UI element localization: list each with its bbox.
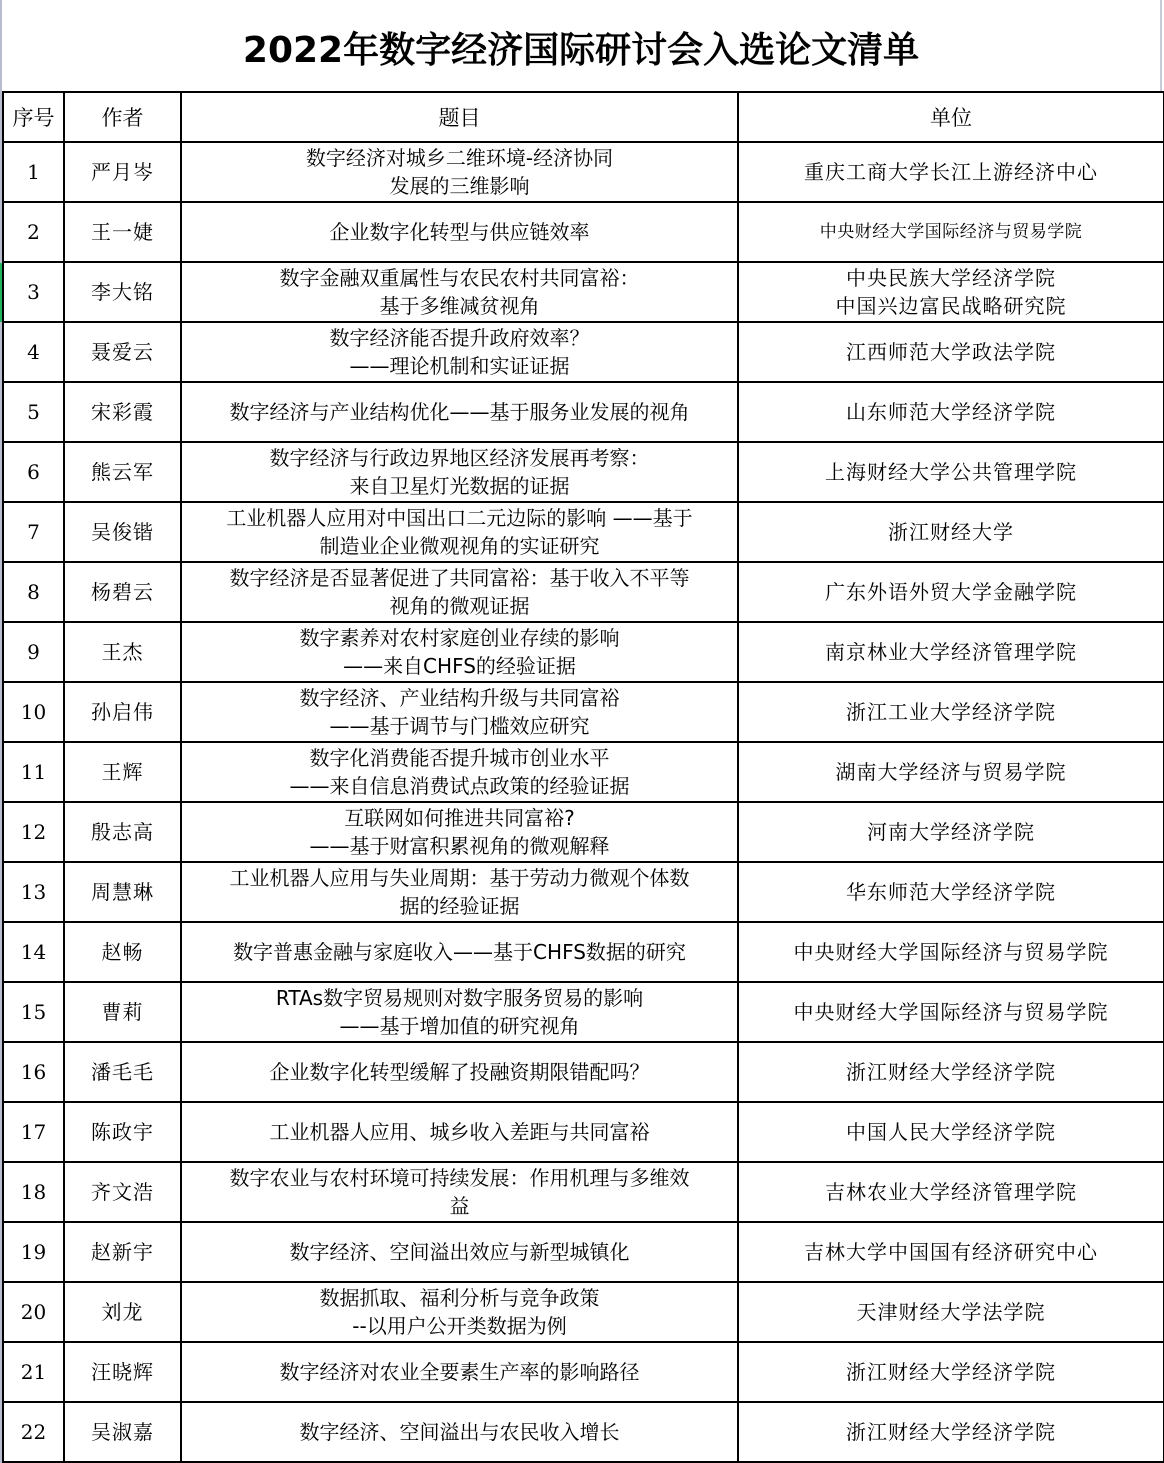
cell-unit: 中国人民大学经济学院 [738,1102,1164,1162]
cell-unit: 山东师范大学经济学院 [738,382,1164,442]
cell-title: 互联网如何推进共同富裕?——基于财富积累视角的微观解释 [181,802,738,862]
unit-line: 上海财经大学公共管理学院 [743,458,1159,486]
title-line: 数字经济与行政边界地区经济发展再考察： [186,444,733,472]
unit-line: 浙江财经大学经济学院 [743,1358,1159,1386]
title-line: ——来自信息消费试点政策的经验证据 [186,772,733,800]
title-line: 数字经济、产业结构升级与共同富裕 [186,684,733,712]
cell-no: 14 [3,922,64,982]
cell-no: 4 [3,322,64,382]
cell-author: 齐文浩 [64,1162,181,1222]
unit-line: 中央财经大学国际经济与贸易学院 [743,998,1159,1026]
table-row: 11王辉数字化消费能否提升城市创业水平——来自信息消费试点政策的经验证据湖南大学… [3,742,1164,802]
cell-author: 熊云军 [64,442,181,502]
cell-no: 21 [3,1342,64,1402]
cell-title: 数字经济对城乡二维环境-经济协同发展的三维影响 [181,142,738,202]
title-line: 企业数字化转型缓解了投融资期限错配吗？ [186,1058,733,1086]
cell-author: 王一婕 [64,202,181,262]
table-row: 13周慧琳工业机器人应用与失业周期：基于劳动力微观个体数据的经验证据华东师范大学… [3,862,1164,922]
title-line: 工业机器人应用与失业周期：基于劳动力微观个体数 [186,864,733,892]
unit-line: 广东外语外贸大学金融学院 [743,578,1159,606]
header-unit: 单位 [738,92,1164,142]
cell-author: 赵畅 [64,922,181,982]
title-line: 互联网如何推进共同富裕? [186,804,733,832]
header-author: 作者 [64,92,181,142]
title-line: RTAs数字贸易规则对数字服务贸易的影响 [186,984,733,1012]
cell-unit: 广东外语外贸大学金融学院 [738,562,1164,622]
table-row: 17陈政宇工业机器人应用、城乡收入差距与共同富裕中国人民大学经济学院 [3,1102,1164,1162]
table-body: 1严月岑数字经济对城乡二维环境-经济协同发展的三维影响重庆工商大学长江上游经济中… [3,142,1164,1462]
cell-unit: 浙江财经大学经济学院 [738,1042,1164,1102]
cell-title: RTAs数字贸易规则对数字服务贸易的影响——基于增加值的研究视角 [181,982,738,1042]
cell-unit: 浙江财经大学经济学院 [738,1342,1164,1402]
table-row: 7吴俊锴工业机器人应用对中国出口二元边际的影响 ——基于制造业企业微观视角的实证… [3,502,1164,562]
title-line: ——基于增加值的研究视角 [186,1012,733,1040]
cell-no: 16 [3,1042,64,1102]
cell-author: 杨碧云 [64,562,181,622]
cell-author: 周慧琳 [64,862,181,922]
cell-unit: 湖南大学经济与贸易学院 [738,742,1164,802]
cell-title: 工业机器人应用与失业周期：基于劳动力微观个体数据的经验证据 [181,862,738,922]
cell-author: 李大铭 [64,262,181,322]
cell-unit: 中央民族大学经济学院中国兴边富民战略研究院 [738,262,1164,322]
cell-author: 汪晓辉 [64,1342,181,1402]
unit-line: 中央财经大学国际经济与贸易学院 [743,938,1159,966]
table-row: 12殷志高互联网如何推进共同富裕?——基于财富积累视角的微观解释河南大学经济学院 [3,802,1164,862]
cell-unit: 重庆工商大学长江上游经济中心 [738,142,1164,202]
table-row: 19赵新宇数字经济、空间溢出效应与新型城镇化吉林大学中国国有经济研究中心 [3,1222,1164,1282]
cell-title: 企业数字化转型缓解了投融资期限错配吗？ [181,1042,738,1102]
title-line: 数据抓取、福利分析与竞争政策 [186,1284,733,1312]
title-line: 数字经济是否显著促进了共同富裕：基于收入不平等 [186,564,733,592]
cell-no: 13 [3,862,64,922]
table-row: 8杨碧云数字经济是否显著促进了共同富裕：基于收入不平等视角的微观证据广东外语外贸… [3,562,1164,622]
title-line: ——理论机制和实证证据 [186,352,733,380]
table-row: 5宋彩霞数字经济与产业结构优化——基于服务业发展的视角山东师范大学经济学院 [3,382,1164,442]
unit-line: 天津财经大学法学院 [743,1298,1159,1326]
cell-author: 吴淑嘉 [64,1402,181,1462]
unit-line: 浙江财经大学经济学院 [743,1058,1159,1086]
title-line: 数字金融双重属性与农民农村共同富裕： [186,264,733,292]
cell-no: 12 [3,802,64,862]
table-row: 4聂爱云数字经济能否提升政府效率？——理论机制和实证证据江西师范大学政法学院 [3,322,1164,382]
cell-title: 企业数字化转型与供应链效率 [181,202,738,262]
unit-line: 吉林农业大学经济管理学院 [743,1178,1159,1206]
cell-no: 15 [3,982,64,1042]
cell-no: 5 [3,382,64,442]
unit-line: 南京林业大学经济管理学院 [743,638,1159,666]
title-line: 数字经济、空间溢出与农民收入增长 [186,1418,733,1446]
table-row: 9王杰数字素养对农村家庭创业存续的影响——来自CHFS的经验证据南京林业大学经济… [3,622,1164,682]
cell-unit: 天津财经大学法学院 [738,1282,1164,1342]
cell-title: 数字经济对农业全要素生产率的影响路径 [181,1342,738,1402]
title-line: 数字素养对农村家庭创业存续的影响 [186,624,733,652]
title-line: 工业机器人应用、城乡收入差距与共同富裕 [186,1118,733,1146]
cell-title: 数字经济、产业结构升级与共同富裕——基于调节与门槛效应研究 [181,682,738,742]
cell-title: 数据抓取、福利分析与竞争政策--以用户公开类数据为例 [181,1282,738,1342]
table-row: 15曹莉RTAs数字贸易规则对数字服务贸易的影响——基于增加值的研究视角中央财经… [3,982,1164,1042]
cell-no: 18 [3,1162,64,1222]
unit-line: 山东师范大学经济学院 [743,398,1159,426]
title-line: ——基于调节与门槛效应研究 [186,712,733,740]
title-line: 数字农业与农村环境可持续发展：作用机理与多维效 [186,1164,733,1192]
cell-unit: 吉林农业大学经济管理学院 [738,1162,1164,1222]
title-line: --以用户公开类数据为例 [186,1312,733,1340]
cell-title: 数字经济与行政边界地区经济发展再考察：来自卫星灯光数据的证据 [181,442,738,502]
title-line: 工业机器人应用对中国出口二元边际的影响 ——基于 [186,504,733,532]
cell-title: 数字经济是否显著促进了共同富裕：基于收入不平等视角的微观证据 [181,562,738,622]
cell-unit: 中央财经大学国际经济与贸易学院 [738,922,1164,982]
cell-title: 工业机器人应用对中国出口二元边际的影响 ——基于制造业企业微观视角的实证研究 [181,502,738,562]
cell-author: 王杰 [64,622,181,682]
title-line: 制造业企业微观视角的实证研究 [186,532,733,560]
cell-no: 2 [3,202,64,262]
table-row: 18齐文浩数字农业与农村环境可持续发展：作用机理与多维效益吉林农业大学经济管理学… [3,1162,1164,1222]
table-row: 22吴淑嘉数字经济、空间溢出与农民收入增长浙江财经大学经济学院 [3,1402,1164,1462]
cell-no: 8 [3,562,64,622]
cell-title: 数字素养对农村家庭创业存续的影响——来自CHFS的经验证据 [181,622,738,682]
header-no: 序号 [3,92,64,142]
cell-no: 3 [3,262,64,322]
title-line: 基于多维减贫视角 [186,292,733,320]
table-row: 2王一婕企业数字化转型与供应链效率中央财经大学国际经济与贸易学院 [3,202,1164,262]
cell-author: 赵新宇 [64,1222,181,1282]
title-line: 数字普惠金融与家庭收入——基于CHFS数据的研究 [186,938,733,966]
cell-no: 10 [3,682,64,742]
cell-author: 吴俊锴 [64,502,181,562]
title-line: ——基于财富积累视角的微观解释 [186,832,733,860]
title-line: 益 [186,1192,733,1220]
cell-no: 22 [3,1402,64,1462]
unit-line: 江西师范大学政法学院 [743,338,1159,366]
cell-author: 宋彩霞 [64,382,181,442]
cell-unit: 浙江工业大学经济学院 [738,682,1164,742]
cell-unit: 华东师范大学经济学院 [738,862,1164,922]
table-row: 14赵畅数字普惠金融与家庭收入——基于CHFS数据的研究中央财经大学国际经济与贸… [3,922,1164,982]
cell-no: 20 [3,1282,64,1342]
cell-title: 数字普惠金融与家庭收入——基于CHFS数据的研究 [181,922,738,982]
cell-unit: 吉林大学中国国有经济研究中心 [738,1222,1164,1282]
cell-title: 数字化消费能否提升城市创业水平——来自信息消费试点政策的经验证据 [181,742,738,802]
title-line: 发展的三维影响 [186,172,733,200]
cell-no: 17 [3,1102,64,1162]
table-row: 6熊云军数字经济与行政边界地区经济发展再考察：来自卫星灯光数据的证据上海财经大学… [3,442,1164,502]
unit-line: 吉林大学中国国有经济研究中心 [743,1238,1159,1266]
cell-title: 数字经济、空间溢出与农民收入增长 [181,1402,738,1462]
unit-line: 中国兴边富民战略研究院 [743,292,1159,320]
table-row: 1严月岑数字经济对城乡二维环境-经济协同发展的三维影响重庆工商大学长江上游经济中… [3,142,1164,202]
unit-line: 浙江财经大学经济学院 [743,1418,1159,1446]
title-line: ——来自CHFS的经验证据 [186,652,733,680]
cell-title: 数字经济与产业结构优化——基于服务业发展的视角 [181,382,738,442]
cell-unit: 浙江财经大学经济学院 [738,1402,1164,1462]
table-header-row: 序号 作者 题目 单位 [3,92,1164,142]
cell-no: 9 [3,622,64,682]
table-row: 21汪晓辉数字经济对农业全要素生产率的影响路径浙江财经大学经济学院 [3,1342,1164,1402]
page-title: 2022年数字经济国际研讨会入选论文清单 [2,0,1162,91]
cell-unit: 浙江财经大学 [738,502,1164,562]
unit-line: 中国人民大学经济学院 [743,1118,1159,1146]
cell-no: 7 [3,502,64,562]
cell-author: 王辉 [64,742,181,802]
title-line: 视角的微观证据 [186,592,733,620]
title-line: 数字经济、空间溢出效应与新型城镇化 [186,1238,733,1266]
title-line: 数字经济与产业结构优化——基于服务业发展的视角 [186,398,733,426]
unit-line: 浙江财经大学 [743,518,1159,546]
title-line: 数字经济能否提升政府效率？ [186,324,733,352]
unit-line: 重庆工商大学长江上游经济中心 [743,158,1159,186]
cell-author: 聂爱云 [64,322,181,382]
unit-line: 华东师范大学经济学院 [743,878,1159,906]
unit-line: 浙江工业大学经济学院 [743,698,1159,726]
title-line: 数字化消费能否提升城市创业水平 [186,744,733,772]
cell-author: 孙启伟 [64,682,181,742]
table-row: 10孙启伟数字经济、产业结构升级与共同富裕——基于调节与门槛效应研究浙江工业大学… [3,682,1164,742]
cell-no: 1 [3,142,64,202]
title-line: 来自卫星灯光数据的证据 [186,472,733,500]
cell-no: 6 [3,442,64,502]
cell-title: 数字经济能否提升政府效率？——理论机制和实证证据 [181,322,738,382]
cell-title: 数字经济、空间溢出效应与新型城镇化 [181,1222,738,1282]
cell-author: 曹莉 [64,982,181,1042]
papers-table: 序号 作者 题目 单位 1严月岑数字经济对城乡二维环境-经济协同发展的三维影响重… [2,91,1164,1463]
unit-line: 中央民族大学经济学院 [743,264,1159,292]
cell-unit: 中央财经大学国际经济与贸易学院 [738,982,1164,1042]
cell-author: 潘毛毛 [64,1042,181,1102]
cell-title: 数字金融双重属性与农民农村共同富裕：基于多维减贫视角 [181,262,738,322]
cell-title: 数字农业与农村环境可持续发展：作用机理与多维效益 [181,1162,738,1222]
title-line: 数字经济对城乡二维环境-经济协同 [186,144,733,172]
cell-author: 严月岑 [64,142,181,202]
unit-line: 河南大学经济学院 [743,818,1159,846]
cell-unit: 河南大学经济学院 [738,802,1164,862]
cell-author: 陈政宇 [64,1102,181,1162]
cell-unit: 江西师范大学政法学院 [738,322,1164,382]
title-line: 企业数字化转型与供应链效率 [186,218,733,246]
cell-unit: 中央财经大学国际经济与贸易学院 [738,202,1164,262]
cell-unit: 南京林业大学经济管理学院 [738,622,1164,682]
unit-line: 中央财经大学国际经济与贸易学院 [743,218,1159,246]
cell-unit: 上海财经大学公共管理学院 [738,442,1164,502]
cell-no: 11 [3,742,64,802]
title-line: 据的经验证据 [186,892,733,920]
cell-title: 工业机器人应用、城乡收入差距与共同富裕 [181,1102,738,1162]
header-title: 题目 [181,92,738,142]
table-row: 20刘龙数据抓取、福利分析与竞争政策--以用户公开类数据为例天津财经大学法学院 [3,1282,1164,1342]
cell-author: 殷志高 [64,802,181,862]
table-row: 16潘毛毛企业数字化转型缓解了投融资期限错配吗？浙江财经大学经济学院 [3,1042,1164,1102]
title-line: 数字经济对农业全要素生产率的影响路径 [186,1358,733,1386]
cell-author: 刘龙 [64,1282,181,1342]
cell-no: 19 [3,1222,64,1282]
unit-line: 湖南大学经济与贸易学院 [743,758,1159,786]
table-row: 3李大铭数字金融双重属性与农民农村共同富裕：基于多维减贫视角中央民族大学经济学院… [3,262,1164,322]
